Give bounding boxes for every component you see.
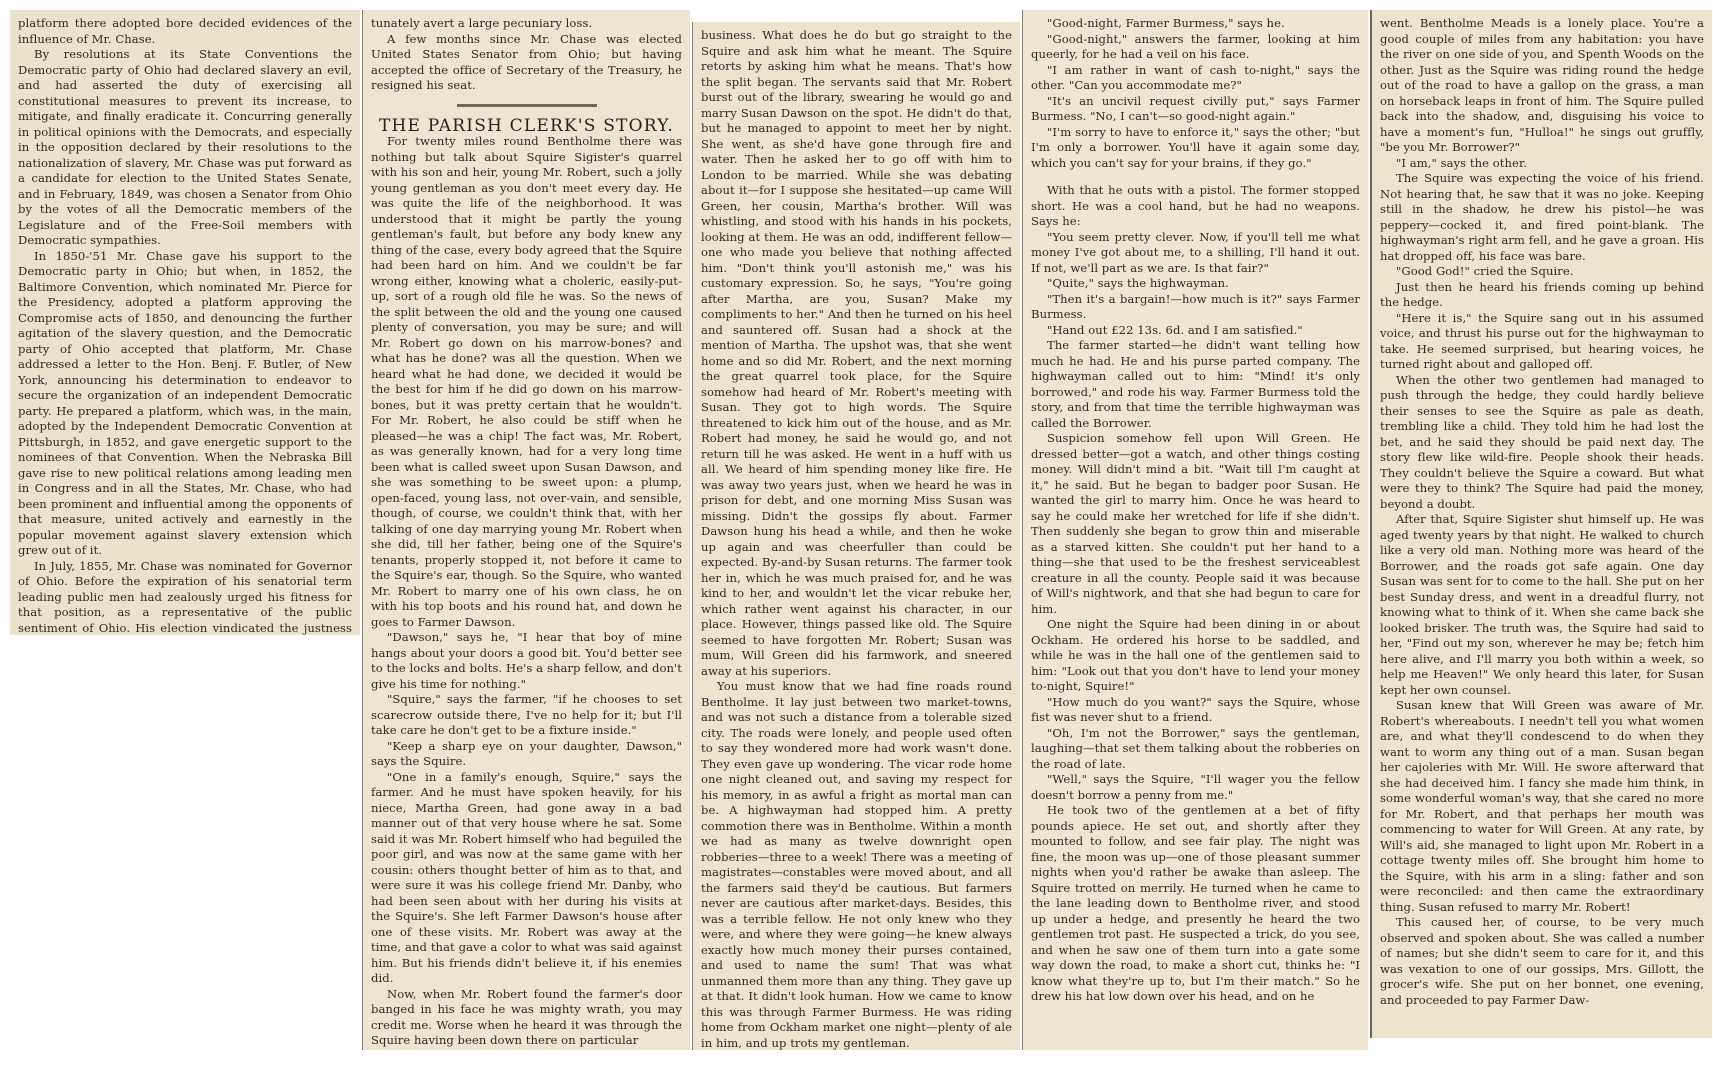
paragraph: "I'm sorry to have to enforce it," says … (1031, 125, 1360, 172)
paragraph: With that he outs with a pistol. The for… (1031, 183, 1360, 230)
paragraph: tunately avert a large pecuniary loss. (371, 16, 682, 32)
column-5-story: went. Bentholme Meads is a lonely place.… (1370, 10, 1712, 1038)
paragraph: "Oh, I'm not the Borrower," says the gen… (1031, 726, 1360, 773)
paragraph: "Good-night," answers the farmer, lookin… (1031, 32, 1360, 63)
story-headline: THE PARISH CLERK'S STORY. (371, 119, 682, 135)
paragraph: "I am rather in want of cash to-night," … (1031, 63, 1360, 94)
paragraph: "Good God!" cried the Squire. (1380, 264, 1704, 280)
paragraph: "Quite," says the highwayman. (1031, 276, 1360, 292)
paragraph: Just then he heard his friends coming up… (1380, 280, 1704, 311)
paragraph: "One in a family's enough, Squire," says… (371, 770, 682, 987)
paragraph: One night the Squire had been dining in … (1031, 617, 1360, 695)
section-divider-rule (457, 104, 597, 107)
paragraph: You must know that we had fine roads rou… (701, 679, 1012, 1050)
paragraph: platform there adopted bore decided evid… (18, 16, 352, 47)
paragraph: A few months since Mr. Chase was elected… (371, 32, 682, 94)
paragraph: In 1850-'51 Mr. Chase gave his support t… (18, 249, 352, 559)
paragraph: By resolutions at its State Conventions … (18, 47, 352, 249)
paragraph: "Then it's a bargain!—how much is it?" s… (1031, 292, 1360, 323)
column-4-story: "Good-night, Farmer Burmess," says he. "… (1022, 10, 1368, 1050)
paragraph: "Well," says the Squire, "I'll wager you… (1031, 772, 1360, 803)
paragraph: "Squire," says the farmer, "if he choose… (371, 692, 682, 739)
column-2-story-start: tunately avert a large pecuniary loss. A… (362, 10, 690, 1050)
paragraph: "Hand out £22 13s. 6d. and I am satisfie… (1031, 323, 1360, 339)
paragraph: This caused her, of course, to be very m… (1380, 915, 1704, 1008)
paragraph: In July, 1855, Mr. Chase was nominated f… (18, 559, 352, 636)
paragraph: For twenty miles round Bentholme there w… (371, 134, 682, 630)
paragraph: went. Bentholme Meads is a lonely place.… (1380, 16, 1704, 156)
paragraph: The Squire was expecting the voice of hi… (1380, 171, 1704, 264)
paragraph: "Keep a sharp eye on your daughter, Daws… (371, 739, 682, 770)
paragraph: business. What does he do but go straigh… (701, 28, 1012, 679)
paragraph: "I am," says the other. (1380, 156, 1704, 172)
paragraph: Now, when Mr. Robert found the farmer's … (371, 987, 682, 1049)
paragraph: He took two of the gentlemen at a bet of… (1031, 803, 1360, 1005)
paragraph: "Here it is," the Squire sang out in his… (1380, 311, 1704, 373)
column-1-chase-biography: platform there adopted bore decided evid… (10, 10, 360, 635)
paragraph: "How much do you want?" says the Squire,… (1031, 695, 1360, 726)
paragraph: "Good-night, Farmer Burmess," says he. (1031, 16, 1360, 32)
paragraph: When the other two gentlemen had managed… (1380, 373, 1704, 513)
paste-seam (1031, 171, 1360, 183)
paragraph: "You seem pretty clever. Now, if you'll … (1031, 230, 1360, 277)
paragraph: Suspicion somehow fell upon Will Green. … (1031, 431, 1360, 617)
paragraph: "It's an uncivil request civilly put," s… (1031, 94, 1360, 125)
column-3-story: business. What does he do but go straigh… (692, 22, 1020, 1050)
paragraph: Susan knew that Will Green was aware of … (1380, 698, 1704, 915)
paragraph: After that, Squire Sigister shut himself… (1380, 512, 1704, 698)
paragraph: "Dawson," says he, "I hear that boy of m… (371, 630, 682, 692)
paragraph: The farmer started—he didn't want tellin… (1031, 338, 1360, 431)
